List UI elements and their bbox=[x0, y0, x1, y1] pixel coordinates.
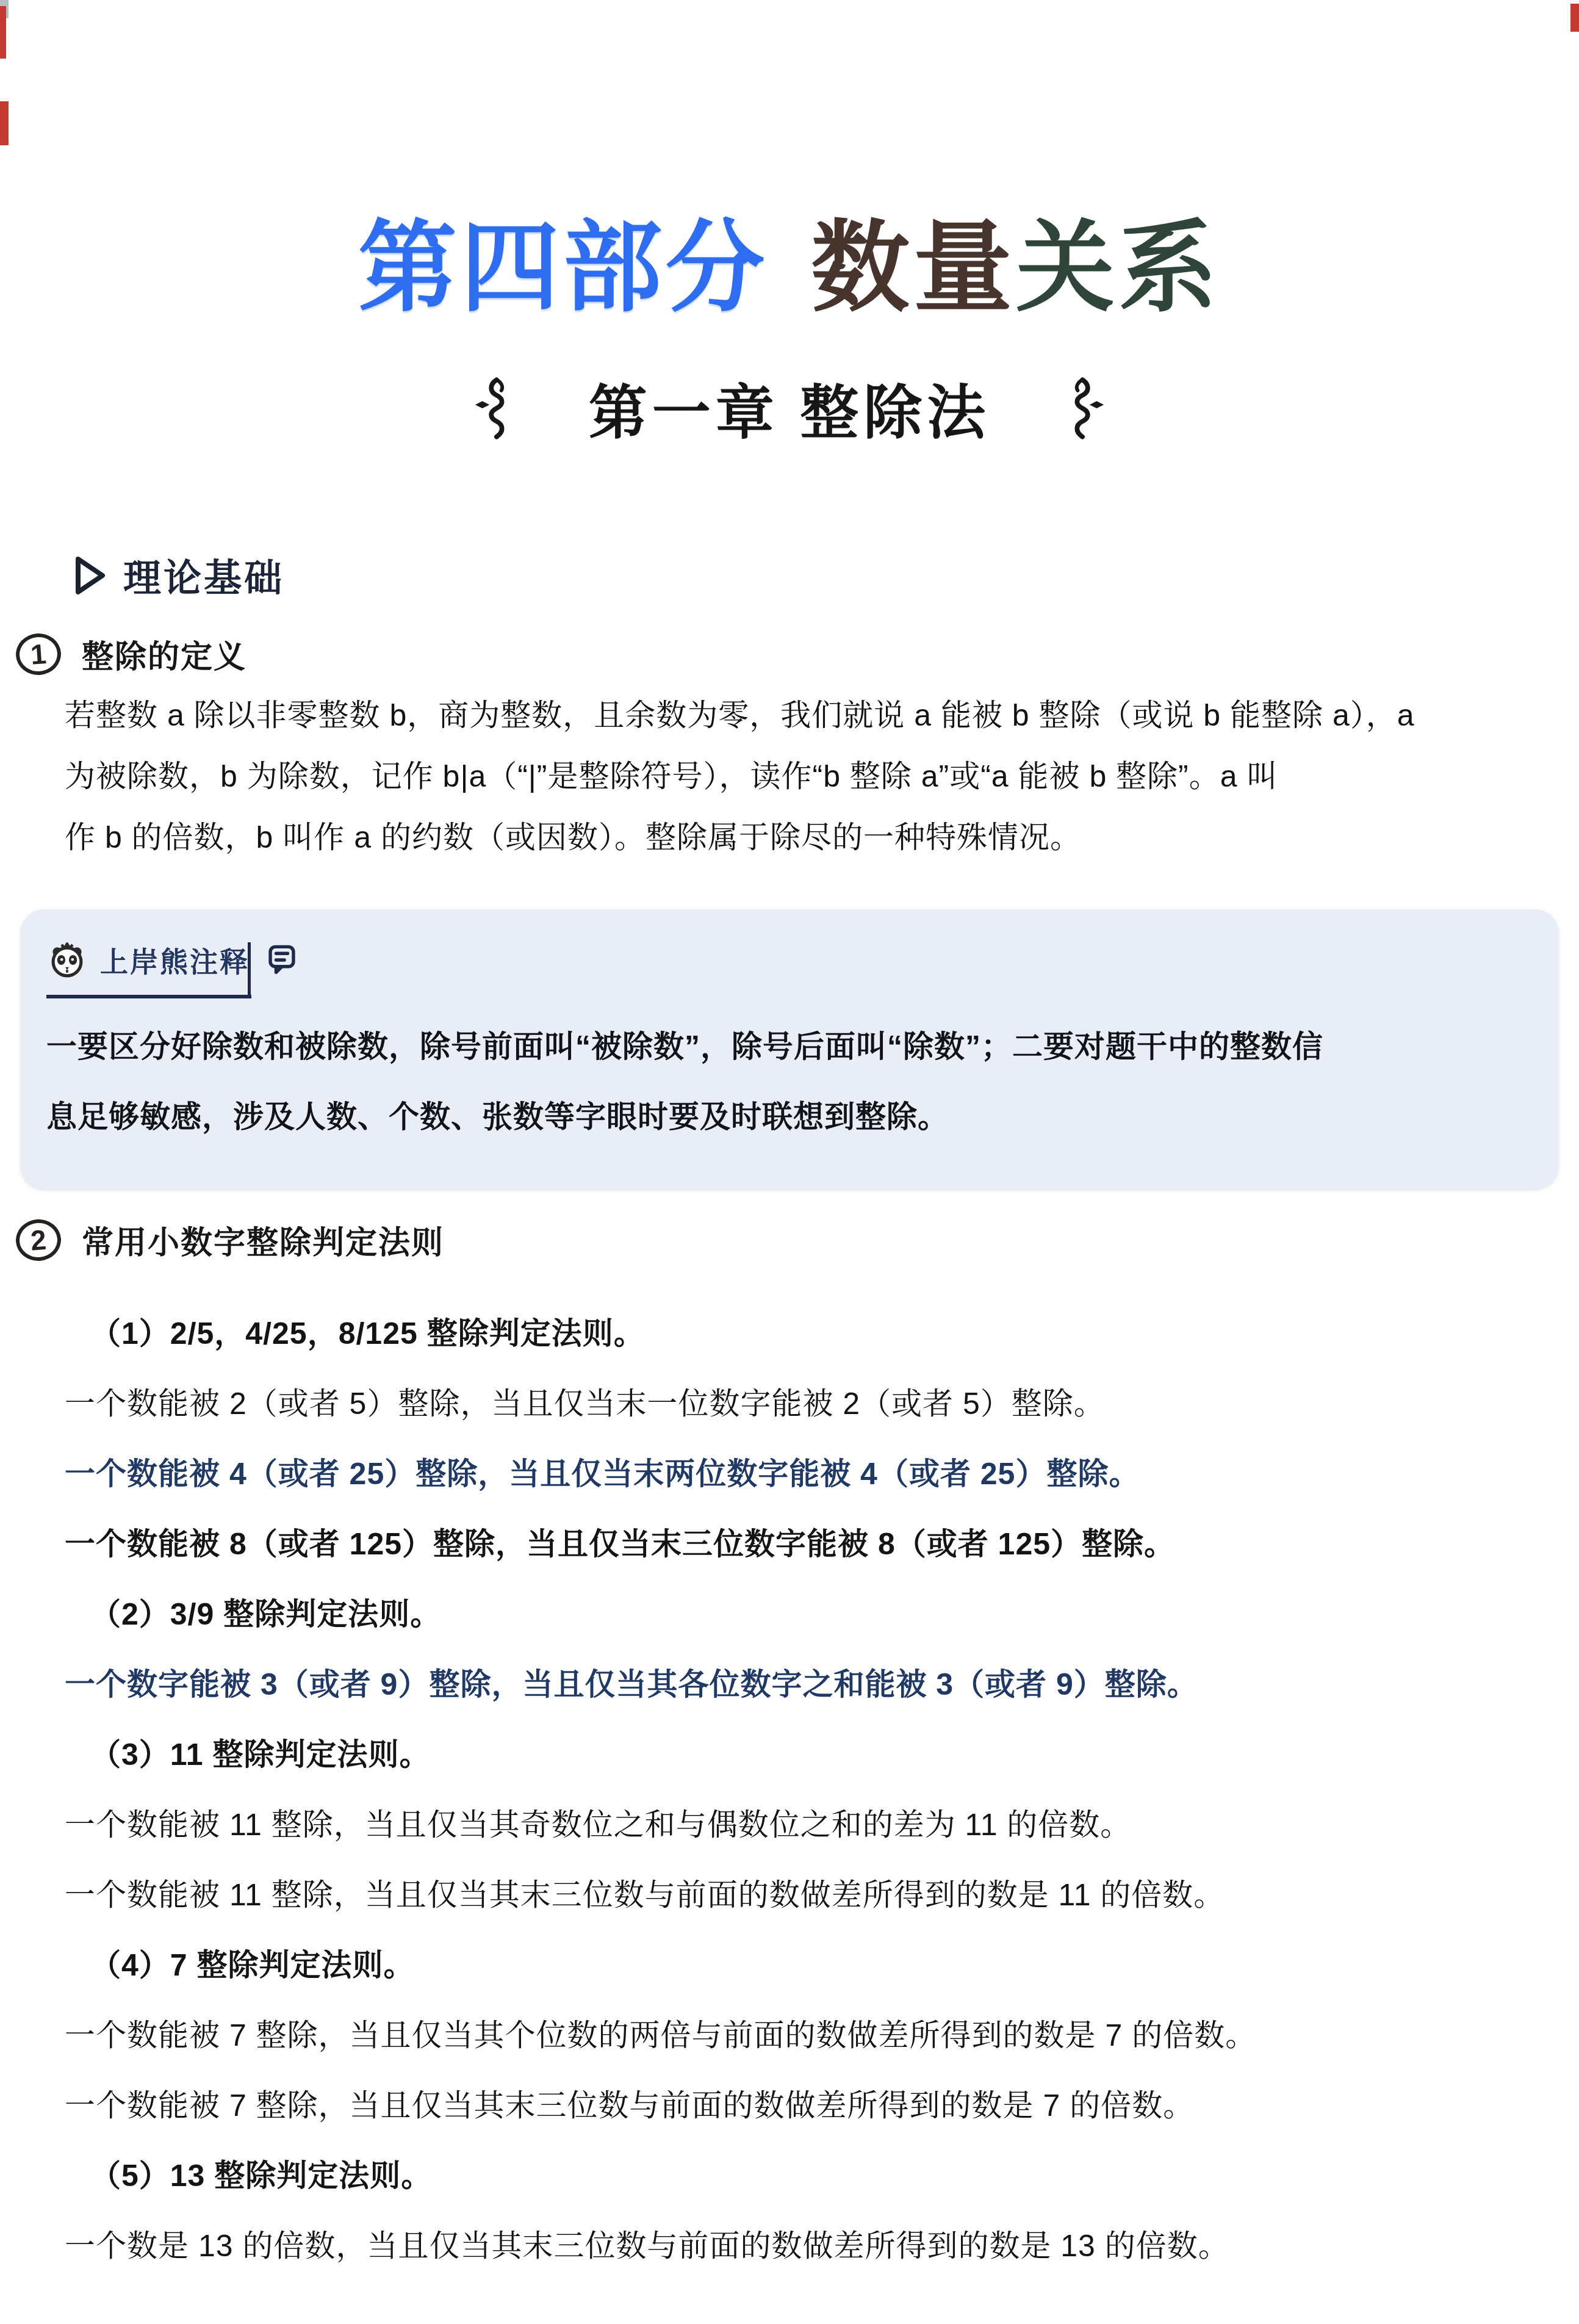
callout-header: 上岸熊注释 bbox=[49, 940, 296, 980]
note-callout-box: 上岸熊注释 一要区分好除数和被除数，除号前面叫“被除数”，除号后面叫“除数”；二… bbox=[21, 909, 1558, 1189]
rule-item: 一个数能被 7 整除，当且仅当其个位数的两倍与前面的数做差所得到的数是 7 的倍… bbox=[65, 2001, 1529, 2071]
rule-item: （3）11 整除判定法则。 bbox=[65, 1720, 1529, 1790]
rule-item: 一个数能被 11 整除，当且仅当其末三位数与前面的数做差所得到的数是 11 的倍… bbox=[65, 1860, 1529, 1930]
callout-header-rule bbox=[248, 942, 251, 998]
rule-item: 一个数是 13 的倍数，当且仅当其末三位数与前面的数做差所得到的数是 13 的倍… bbox=[65, 2211, 1529, 2281]
circled-number-badge: 2 bbox=[15, 1218, 63, 1262]
scanned-textbook-page: 第四部分数量关系 第一章 整除法 理论基础 1 整除的定义 若整数 a 除以非零… bbox=[0, 0, 1579, 2324]
callout-line: 一要区分好除数和被除数，除号前面叫“被除数”，除号后面叫“除数”；二要对题干中的… bbox=[46, 1012, 1535, 1082]
chapter-heading: 第一章 整除法 bbox=[0, 366, 1579, 450]
paragraph-line: 为被除数，b 为除数，记作 b|a（“|”是整除符号），读作“b 整除 a”或“… bbox=[65, 746, 1517, 807]
rule-item: 一个数能被 2（或者 5）整除，当且仅当末一位数字能被 2（或者 5）整除。 bbox=[65, 1369, 1529, 1439]
rule-item: （2）3/9 整除判定法则。 bbox=[65, 1579, 1529, 1650]
scan-artifact bbox=[1570, 4, 1579, 32]
definition-section-heading: 1 整除的定义 bbox=[16, 631, 246, 677]
rule-item: （5）13 整除判定法则。 bbox=[65, 2141, 1529, 2211]
scan-artifact bbox=[0, 6, 6, 59]
part-title-number: 第四部分 bbox=[358, 213, 768, 323]
rules-heading-label: 常用小数字整除判定法则 bbox=[82, 1217, 444, 1263]
definition-heading-label: 整除的定义 bbox=[82, 631, 246, 677]
rules-list: （1）2/5，4/25，8/125 整除判定法则。 一个数能被 2（或者 5）整… bbox=[65, 1299, 1529, 2281]
theory-heading-label: 理论基础 bbox=[123, 548, 284, 602]
theory-heading: 理论基础 bbox=[74, 548, 284, 602]
rule-item: （1）2/5，4/25，8/125 整除判定法则。 bbox=[65, 1299, 1529, 1369]
fleuron-right-icon bbox=[1063, 372, 1106, 445]
callout-line: 息足够敏感，涉及人数、个数、张数等字眼时要及时联想到整除。 bbox=[46, 1082, 1535, 1152]
chapter-title: 第一章 整除法 bbox=[589, 366, 991, 450]
part-title-subject-right: 关系 bbox=[1016, 213, 1221, 323]
speech-bubble-icon bbox=[268, 944, 296, 976]
paragraph-line: 若整数 a 除以非零整数 b，商为整数，且余数为零，我们就说 a 能被 b 整除… bbox=[65, 685, 1517, 746]
rule-item: 一个数能被 11 整除，当且仅当其奇数位之和与偶数位之和的差为 11 的倍数。 bbox=[65, 1790, 1529, 1860]
callout-body: 一要区分好除数和被除数，除号前面叫“被除数”，除号后面叫“除数”；二要对题干中的… bbox=[46, 1012, 1535, 1152]
rule-item: 一个数能被 8（或者 125）整除，当且仅当末三位数字能被 8（或者 125）整… bbox=[65, 1509, 1529, 1579]
definition-paragraph: 若整数 a 除以非零整数 b，商为整数，且余数为零，我们就说 a 能被 b 整除… bbox=[65, 685, 1517, 868]
rule-item: （4）7 整除判定法则。 bbox=[65, 1930, 1529, 2001]
rules-section-heading: 2 常用小数字整除判定法则 bbox=[16, 1217, 444, 1263]
scan-artifact bbox=[0, 101, 9, 145]
paragraph-line: 作 b 的倍数，b 叫作 a 的约数（或因数）。整除属于除尽的一种特殊情况。 bbox=[65, 807, 1517, 868]
part-title: 第四部分数量关系 bbox=[0, 189, 1579, 331]
callout-header-underline bbox=[46, 995, 251, 998]
callout-title: 上岸熊注释 bbox=[100, 940, 250, 980]
rule-item: 一个数能被 7 整除，当且仅当其末三位数与前面的数做差所得到的数是 7 的倍数。 bbox=[65, 2071, 1529, 2141]
rule-item: 一个数能被 4（或者 25）整除，当且仅当末两位数字能被 4（或者 25）整除。 bbox=[65, 1439, 1529, 1509]
part-title-subject-left: 数量 bbox=[811, 213, 1016, 323]
triangle-marker-icon bbox=[74, 557, 106, 594]
circled-number-badge: 1 bbox=[15, 632, 63, 676]
rule-item: 一个数字能被 3（或者 9）整除，当且仅当其各位数字之和能被 3（或者 9）整除… bbox=[65, 1650, 1529, 1720]
panda-icon bbox=[49, 941, 85, 979]
fleuron-left-icon bbox=[473, 372, 516, 445]
